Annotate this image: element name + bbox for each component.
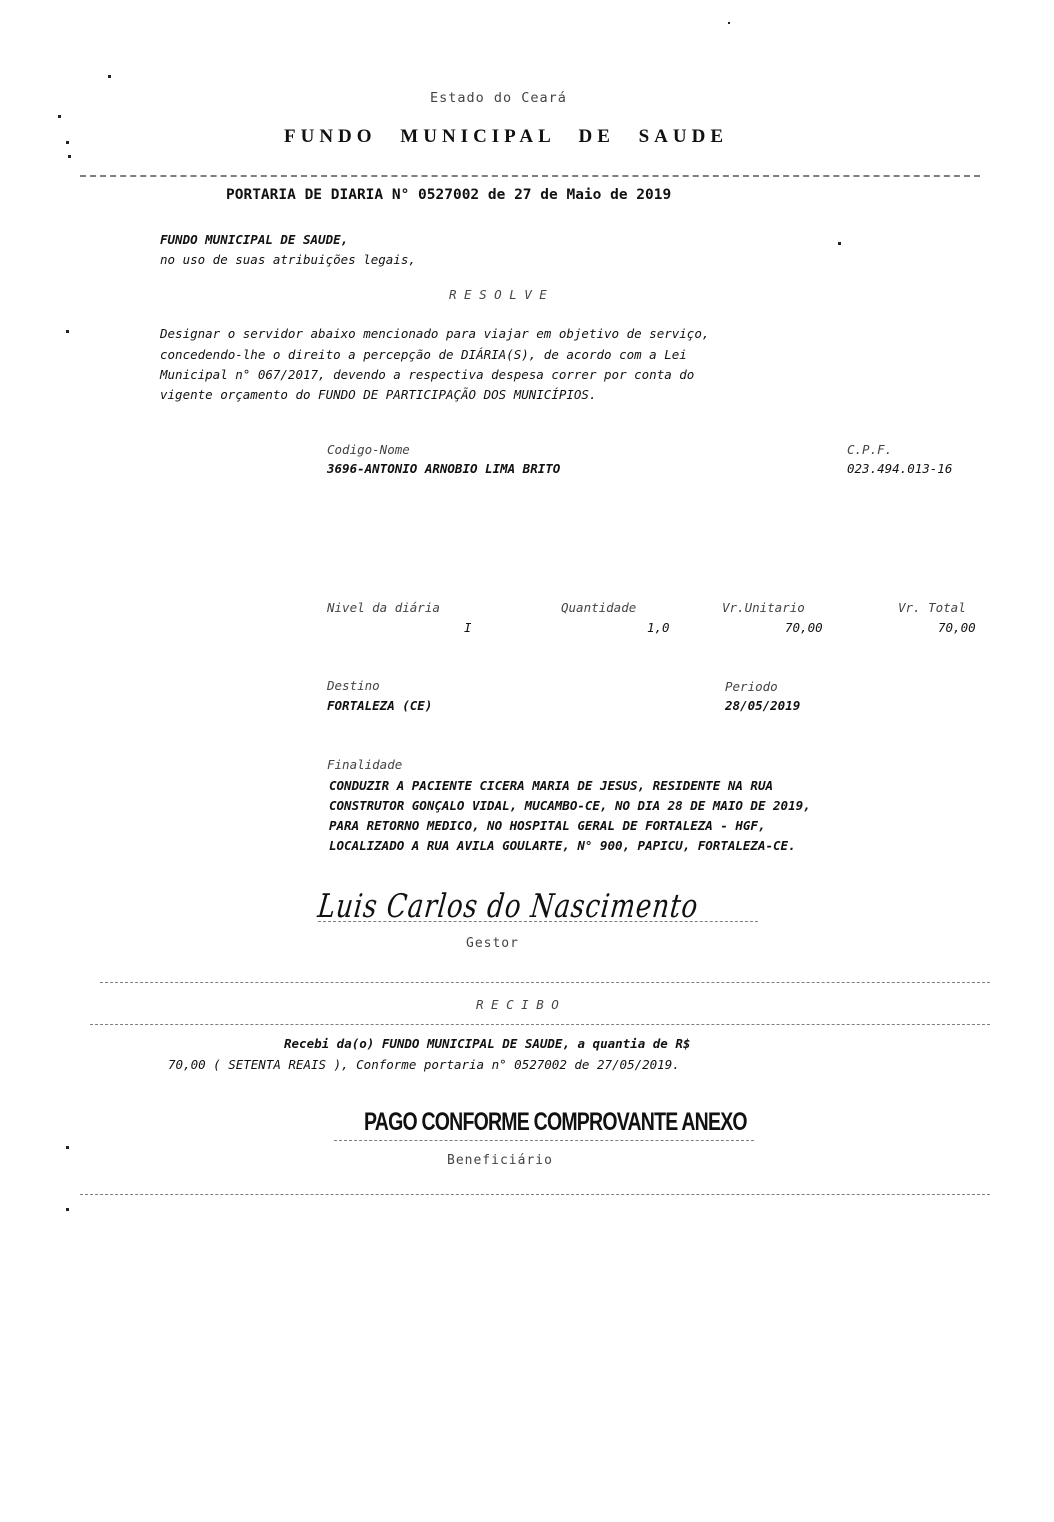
scan-speck [66,1146,69,1149]
total-value-label: Vr. Total [898,600,966,615]
beneficiary-signature-line [334,1140,754,1141]
quantity-value: 1,0 [647,620,670,635]
purpose-line-1: CONDUZIR A PACIENTE CICERA MARIA DE JESU… [329,778,773,793]
header-divider [80,175,980,177]
scan-speck [58,115,61,118]
signature-line [318,921,758,922]
receipt-label: R E C I B O [476,997,559,1012]
scan-speck [66,1208,69,1211]
unit-value-label: Vr.Unitario [722,600,805,615]
code-name-value: 3696-ANTONIO ARNOBIO LIMA BRITO [327,461,560,476]
body-line-3: Municipal n° 067/2017, devendo a respect… [160,364,694,385]
receipt-line-1: Recebi da(o) FUNDO MUNICIPAL DE SAUDE, a… [284,1036,690,1051]
intro-line-1: FUNDO MUNICIPAL DE SAUDE, [160,229,348,250]
purpose-line-3: PARA RETORNO MEDICO, NO HOSPITAL GERAL D… [329,818,766,833]
code-name-label: Codigo-Nome [327,442,410,457]
level-label: Nivel da diária [327,600,440,615]
institution-heading: FUNDO MUNICIPAL DE SAUDE [284,126,728,148]
destination-label: Destino [327,678,380,693]
scan-speck [108,75,111,78]
period-label: Periodo [725,679,778,694]
body-line-2: concedendo-lhe o direito a percepção de … [160,344,687,365]
resolve-label: R E S O L V E [449,287,547,302]
scan-speck [838,242,841,245]
quantity-label: Quantidade [561,600,636,615]
body-line-4: vigente orçamento do FUNDO DE PARTICIPAÇ… [160,384,597,405]
portaria-title: PORTARIA DE DIARIA N° 0527002 de 27 de M… [226,187,671,203]
scan-speck [66,330,69,333]
cpf-label: C.P.F. [847,442,892,457]
period-value: 28/05/2019 [725,698,800,713]
footer-divider [80,1194,990,1195]
purpose-line-4: LOCALIZADO A RUA AVILA GOULARTE, N° 900,… [329,838,796,853]
state-heading: Estado do Ceará [430,90,567,106]
scan-speck [728,22,730,24]
receipt-divider-top [100,982,990,983]
beneficiary-label: Beneficiário [447,1153,553,1168]
destination-value: FORTALEZA (CE) [327,698,432,713]
purpose-label: Finalidade [327,757,402,772]
receipt-line-2: 70,00 ( SETENTA REAIS ), Conforme portar… [168,1057,680,1072]
receipt-divider-bottom [90,1024,990,1025]
cpf-value: 023.494.013-16 [847,461,952,476]
total-value: 70,00 [938,620,976,635]
body-line-1: Designar o servidor abaixo mencionado pa… [160,323,709,344]
intro-line-2: no uso de suas atribuições legais, [160,249,416,270]
manager-role: Gestor [466,936,519,951]
scan-speck [66,141,69,144]
purpose-line-2: CONSTRUTOR GONÇALO VIDAL, MUCAMBO-CE, NO… [329,798,811,813]
scan-speck [68,155,71,158]
level-value: I [464,620,472,635]
unit-value: 70,00 [785,620,823,635]
paid-stamp: PAGO CONFORME COMPROVANTE ANEXO [364,1108,747,1137]
